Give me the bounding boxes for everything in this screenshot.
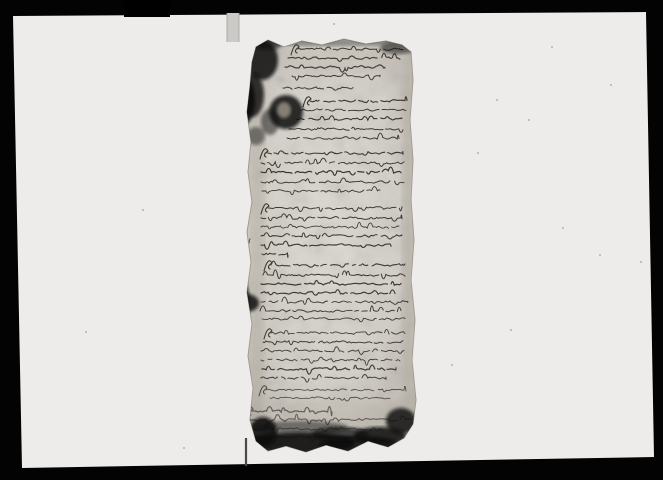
dust-speck [528, 119, 530, 121]
dust-speck [640, 261, 642, 263]
dust-speck [142, 209, 144, 211]
stain-highlights [277, 102, 291, 118]
stain-highlight [277, 102, 291, 118]
dust-speck [477, 152, 479, 154]
spine-gutter-strip [227, 13, 239, 42]
dust-speck [85, 331, 87, 333]
manuscript-page [225, 35, 420, 462]
dust-speck [599, 254, 601, 256]
scanned-document [0, 0, 663, 480]
archival-scan-image [0, 0, 663, 480]
paper-shade [270, 46, 390, 74]
dust-speck [551, 46, 553, 48]
dust-speck [333, 23, 335, 25]
dust-speck [451, 364, 453, 366]
dust-speck [610, 84, 612, 86]
dust-speck [183, 447, 185, 449]
top-border-notch [124, 0, 170, 17]
dark-stain [252, 421, 348, 433]
dust-speck [562, 227, 564, 229]
dust-speck [510, 329, 512, 331]
dust-speck [496, 99, 498, 101]
